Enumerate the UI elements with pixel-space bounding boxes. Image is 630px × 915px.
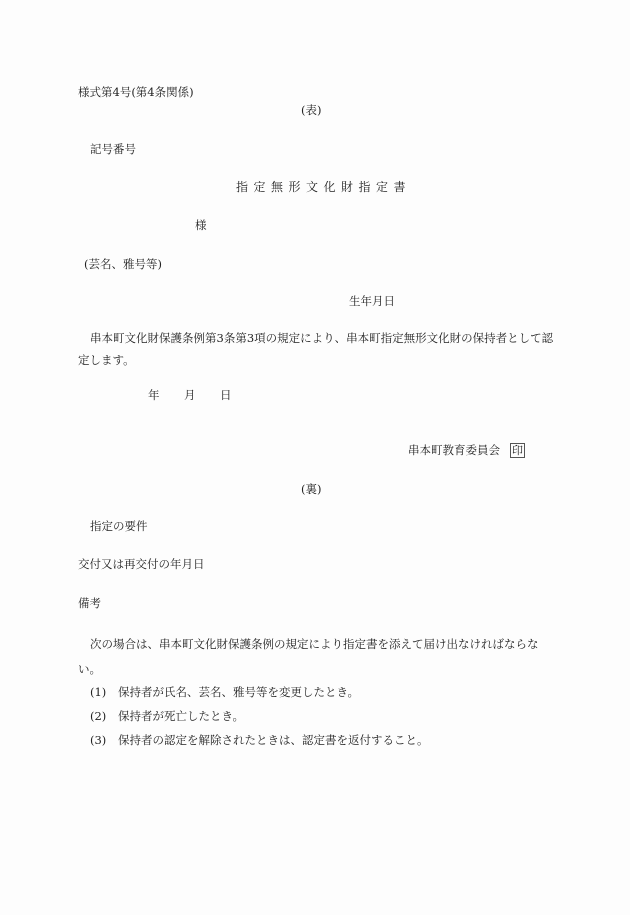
form-number: 様式第4号(第4条関係)	[78, 84, 194, 100]
remarks-item-text: 保持者が死亡したとき。	[118, 709, 244, 723]
recipient-suffix: 様	[195, 217, 207, 233]
stage-name-label: (芸名、雅号等)	[84, 256, 162, 272]
remarks-item: (2)保持者が死亡したとき。	[90, 708, 244, 724]
requirements-label: 指定の要件	[90, 518, 148, 534]
issuer-name: 串本町教育委員会	[408, 443, 500, 457]
remarks-item-number: (1)	[90, 684, 118, 700]
birth-date-label: 生年月日	[349, 293, 395, 309]
remarks-item-text: 保持者が氏名、芸名、雅号等を変更したとき。	[118, 685, 359, 699]
issuer-block: 串本町教育委員会印	[408, 442, 525, 458]
remarks-item-number: (2)	[90, 708, 118, 724]
remarks-label: 備考	[78, 595, 101, 611]
seal-stamp-icon: 印	[510, 443, 525, 458]
issue-date-label: 交付又は再交付の年月日	[78, 556, 205, 572]
document-title: 指定無形文化財指定書	[236, 179, 411, 195]
date-year: 年	[148, 387, 160, 403]
certification-text: 串本町文化財保護条例第3条第3項の規定により、串本町指定無形文化財の保持者として…	[78, 327, 558, 371]
date-month: 月	[184, 387, 196, 403]
symbol-number-label: 記号番号	[90, 141, 136, 157]
remarks-item-text: 保持者の認定を解除されたときは、認定書を返付すること。	[118, 733, 429, 747]
front-side-label: (表)	[301, 102, 321, 118]
remarks-text: 次の場合は、串本町文化財保護条例の規定により指定書を添えて届け出なければならない…	[78, 632, 556, 682]
date-day: 日	[220, 387, 232, 403]
remarks-item: (3)保持者の認定を解除されたときは、認定書を返付すること。	[90, 732, 429, 748]
remarks-item-number: (3)	[90, 732, 118, 748]
remarks-item: (1)保持者が氏名、芸名、雅号等を変更したとき。	[90, 684, 359, 700]
back-side-label: (裏)	[301, 481, 321, 497]
